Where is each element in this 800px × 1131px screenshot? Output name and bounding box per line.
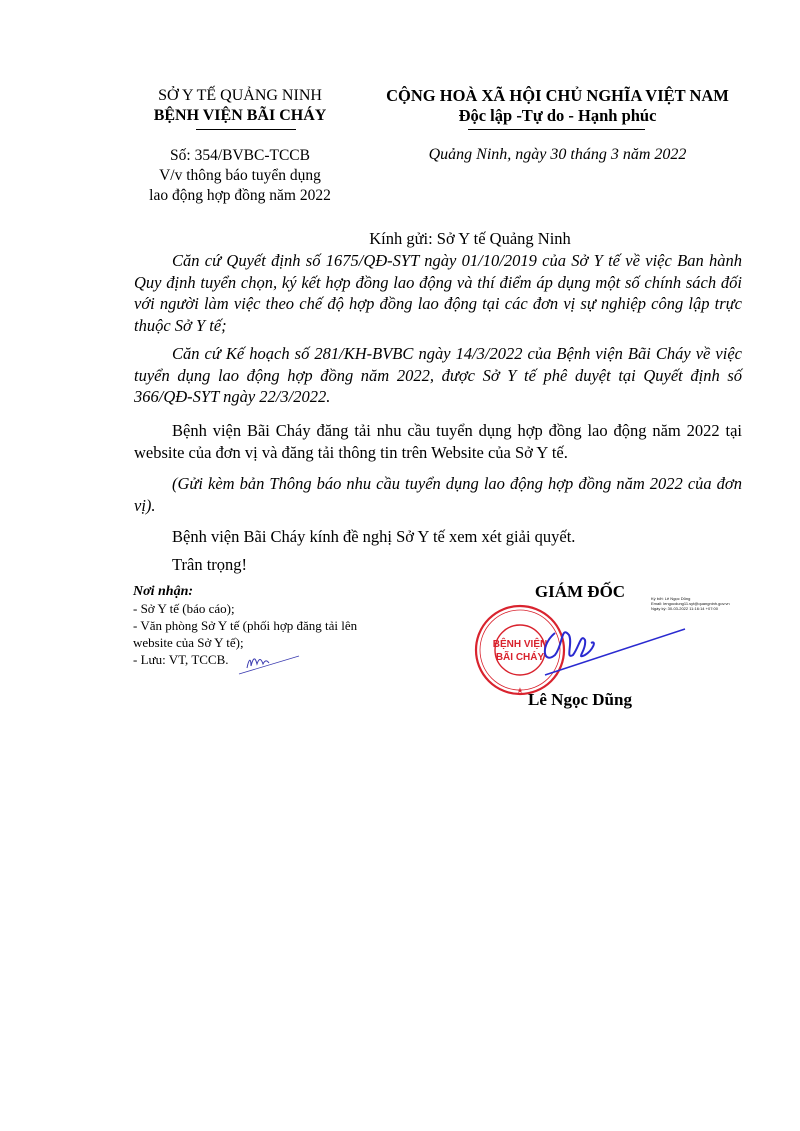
header-right: CỘNG HOÀ XÃ HỘI CHỦ NGHĨA VIỆT NAM Độc l… [360, 86, 755, 126]
motto-underline [468, 129, 645, 130]
paragraph-basis-1: Căn cứ Quyết định số 1675/QĐ-SYT ngày 01… [134, 250, 742, 336]
nation-title: CỘNG HOÀ XÃ HỘI CHỦ NGHĨA VIỆT NAM [360, 86, 755, 106]
recipient-line: Kính gửi: Sở Y tế Quảng Ninh [200, 228, 740, 250]
doc-subject-2: lao động hợp đồng năm 2022 [110, 186, 370, 206]
director-signature [535, 615, 695, 695]
recipient-item: - Văn phòng Sở Y tế (phối hợp đăng tải l… [133, 617, 373, 651]
place-date: Quảng Ninh, ngày 30 tháng 3 năm 2022 [360, 146, 755, 164]
paragraph-closing: Trân trọng! [134, 554, 742, 576]
motto: Độc lập -Tự do - Hạnh phúc [360, 106, 755, 126]
agency-name: SỞ Y TẾ QUẢNG NINH [120, 86, 360, 106]
header-left: SỞ Y TẾ QUẢNG NINH BỆNH VIỆN BÃI CHÁY [120, 86, 360, 126]
digital-signature-info: Ký bởi: Lê Ngọc Dũng Email: lengocdung11… [651, 596, 761, 611]
header-left-underline [196, 129, 296, 130]
paragraph-basis-2: Căn cứ Kế hoạch số 281/KH-BVBC ngày 14/3… [134, 343, 742, 408]
unit-name: BỆNH VIỆN BÃI CHÁY [120, 106, 360, 126]
recipient-item: - Sở Y tế (báo cáo); [133, 600, 373, 617]
signer-name: Lê Ngọc Dũng [505, 690, 655, 710]
paragraph-request: Bệnh viện Bãi Cháy kính đề nghị Sở Y tế … [134, 526, 742, 548]
initials-signature [235, 648, 305, 678]
signer-title: GIÁM ĐỐC [520, 582, 640, 602]
doc-subject-1: V/v thông báo tuyển dụng [110, 166, 370, 186]
paragraph-attachment: (Gửi kèm bản Thông báo nhu cầu tuyển dụn… [134, 473, 742, 516]
recipients-title: Nơi nhận: [133, 583, 373, 600]
doc-meta: Số: 354/BVBC-TCCB V/v thông báo tuyển dụ… [110, 146, 370, 206]
doc-number: Số: 354/BVBC-TCCB [110, 146, 370, 166]
paragraph-announcement: Bệnh viện Bãi Cháy đăng tải nhu cầu tuyể… [134, 420, 742, 463]
